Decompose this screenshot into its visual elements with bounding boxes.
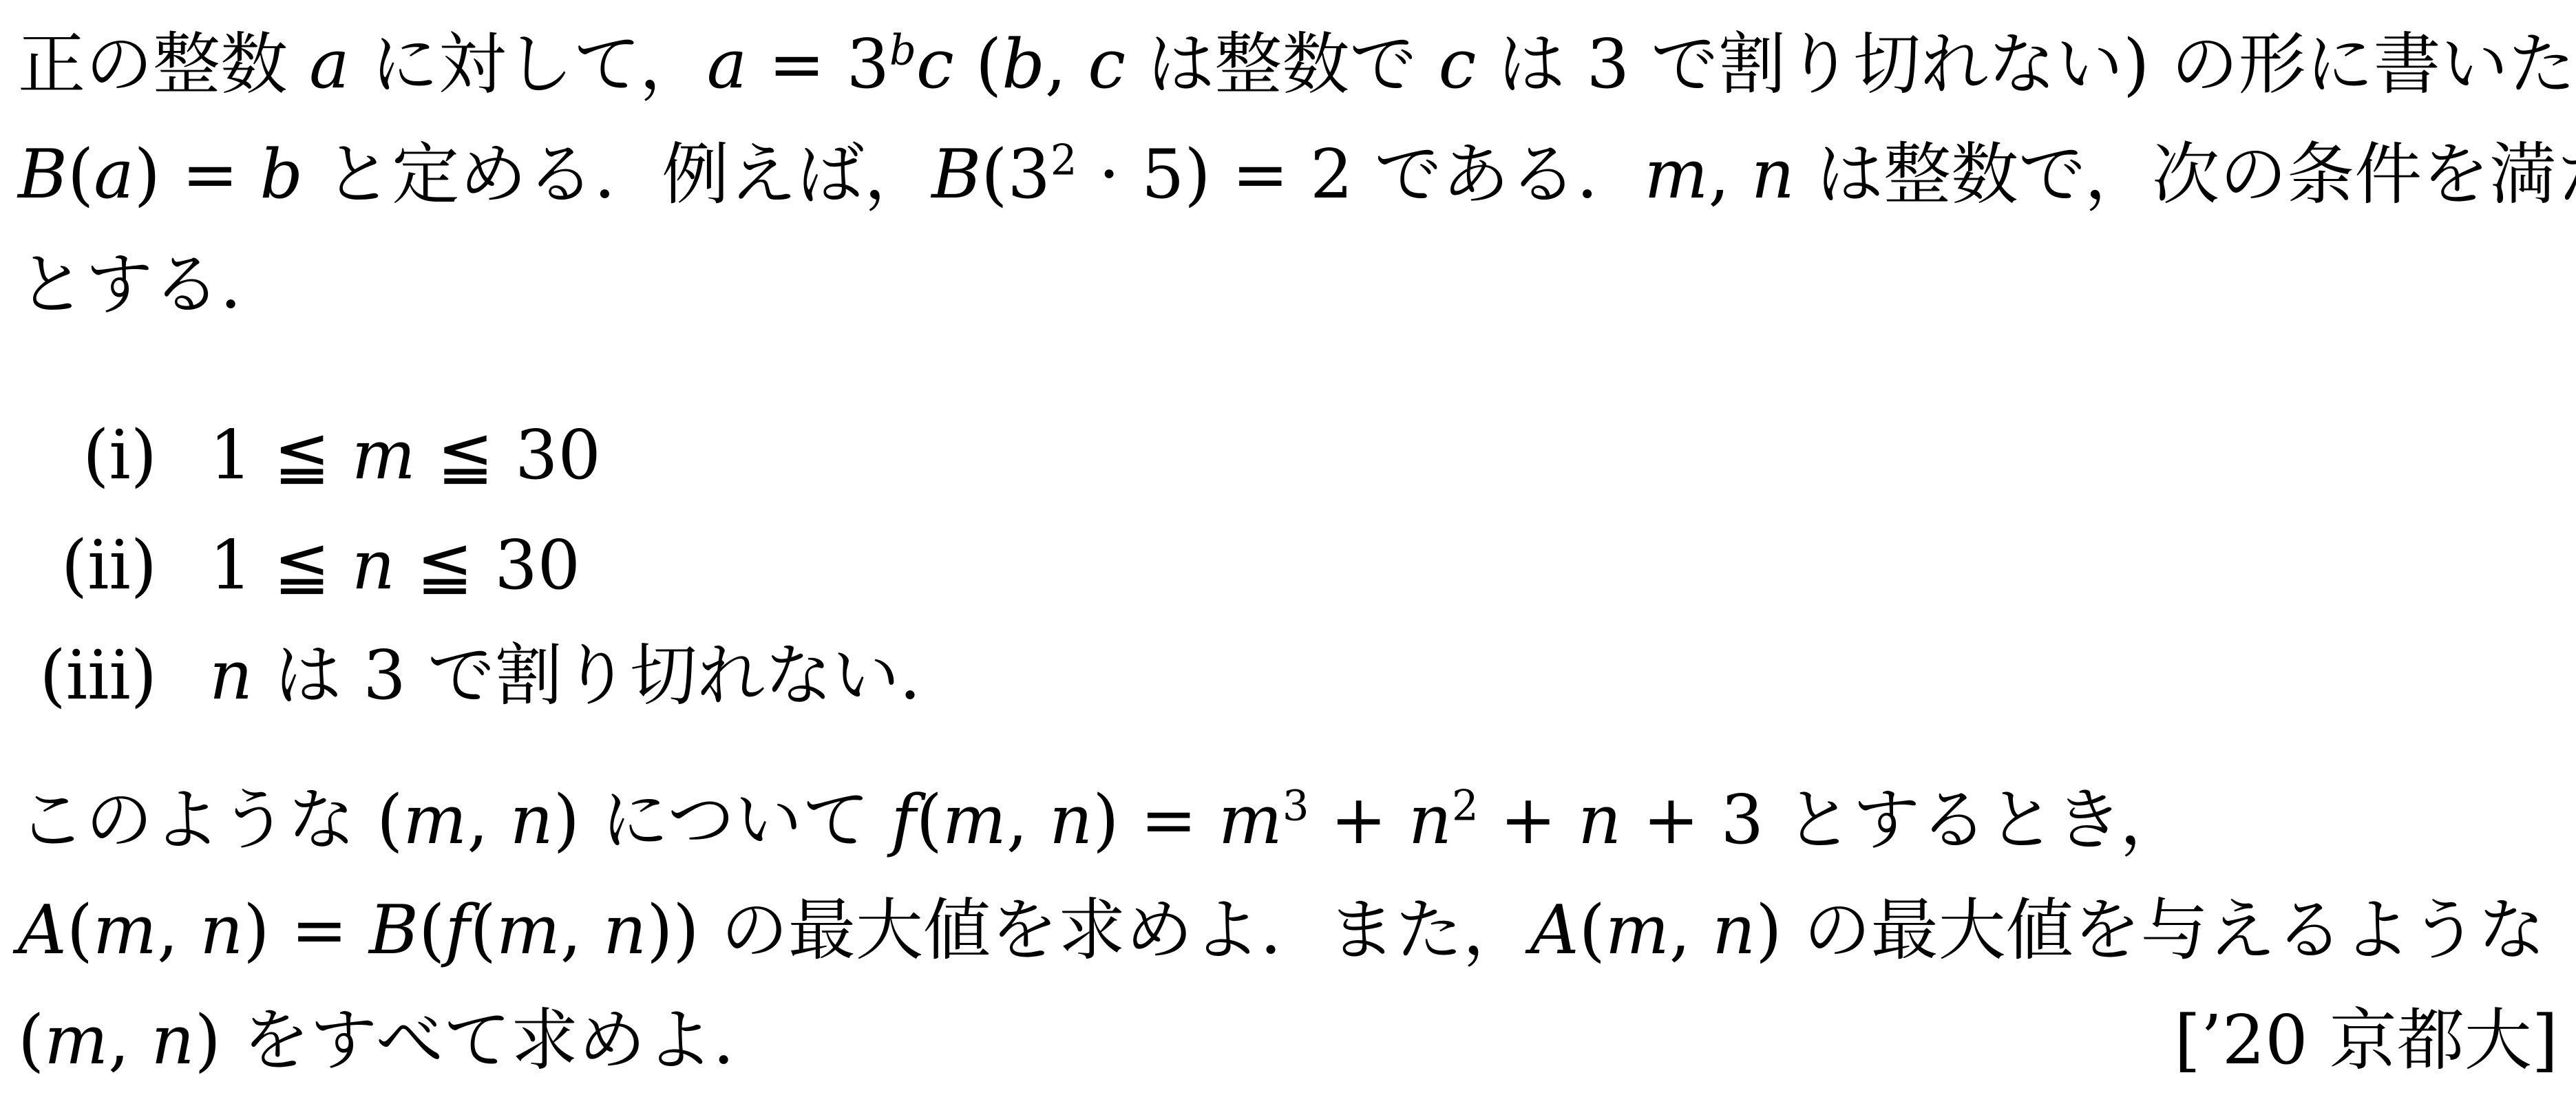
segment-it: B [931, 136, 981, 214]
segment-it: n [352, 527, 395, 605]
segment-sup: 3 [1282, 783, 1309, 831]
segment-rm: ) = [134, 136, 260, 214]
segment-it: B [18, 136, 67, 214]
segment-it: A [1530, 891, 1579, 970]
segment-rm: (3 [981, 136, 1051, 214]
paragraph-intro: 正の整数 a に対して，a = 3bc (b, c は整数で c は 3 で割り… [18, 10, 2558, 340]
segment-rm: ( [1579, 891, 1605, 970]
segment-jp: である． [1375, 136, 1645, 214]
problem-document: 正の整数 a に対して，a = 3bc (b, c は整数で c は 3 で割り… [0, 0, 2576, 1106]
segment-it: c [1088, 25, 1126, 104]
segment-rm: ( [67, 891, 93, 970]
segment-it: B [369, 891, 419, 970]
segment-jp: このような [18, 781, 377, 860]
segment-it: m [496, 891, 560, 970]
segment-it: n [200, 891, 243, 970]
segment-sup: 2 [1452, 783, 1479, 831]
segment-rm: ( [954, 25, 1002, 104]
segment-it: m [1645, 136, 1709, 214]
segment-rm: , [1708, 136, 1751, 214]
question-line-1: このような (m, n) について f(m, n) = m3 + n2 + n … [18, 765, 2558, 875]
segment-rm: )) [646, 891, 721, 970]
condition-body-2: 1 ≦ n ≦ 30 [209, 511, 580, 621]
segment-it: a [309, 25, 349, 104]
segment-it: f [445, 891, 469, 970]
segment-jp: をすべて求めよ． [242, 1001, 781, 1080]
condition-item-3: (iii) n は 3 で割り切れない． [18, 621, 2558, 731]
segment-jp: とする． [18, 246, 288, 324]
intro-line-1: 正の整数 a に対して，a = 3bc (b, c は整数で c は 3 で割り… [18, 10, 2558, 120]
segment-jp: は整数で [1126, 25, 1438, 104]
segment-jp: は 3 で割り切れない． [253, 637, 967, 715]
intro-line-2: B(a) = b と定める．例えば，B(32 · 5) = 2 である．m, n… [18, 120, 2558, 230]
segment-rm: ( [916, 781, 942, 860]
segment-it: c [916, 25, 954, 104]
segment-supit: b [889, 27, 916, 75]
question-line-3: (m, n) をすべて求めよ． [’20 京都大] [18, 986, 2558, 1096]
segment-it: m [1605, 891, 1669, 970]
segment-it: a [707, 25, 747, 104]
segment-it: n [151, 1001, 194, 1080]
segment-sup: 2 [1051, 137, 1077, 185]
segment-it: b [1002, 25, 1045, 104]
segment-rm: ( [419, 891, 445, 970]
segment-rm: ≦ 30 [416, 416, 601, 495]
segment-rm: ) [1755, 891, 1803, 970]
segment-rm: + 3 [1621, 781, 1785, 860]
segment-it: f [891, 781, 916, 860]
segment-rm: , [108, 1001, 151, 1080]
condition-body-1: 1 ≦ m ≦ 30 [209, 401, 601, 511]
paragraph-question: このような (m, n) について f(m, n) = m3 + n2 + n … [18, 765, 2558, 1096]
segment-rm: ( [18, 1001, 44, 1080]
segment-rm: · 5) = 2 [1077, 136, 1375, 214]
segment-it: n [1578, 781, 1621, 860]
condition-label-1: (i) [18, 401, 157, 511]
segment-rm: 1 ≦ [209, 527, 352, 605]
segment-rm: ) = [243, 891, 369, 970]
segment-it: n [1712, 891, 1755, 970]
segment-jp: の最大値を与えるような [1804, 891, 2546, 970]
segment-rm: , [1045, 25, 1088, 104]
segment-it: n [603, 891, 646, 970]
segment-jp: は整数で，次の条件を満たす [1795, 136, 2576, 214]
intro-line-3: とする． [18, 230, 2558, 340]
segment-rm: , [157, 891, 200, 970]
segment-it: n [1751, 136, 1795, 214]
segment-jp: は 3 で割り切れない [1476, 25, 2123, 104]
segment-rm: , [1006, 781, 1049, 860]
segment-jp: の最大値を求めよ．また， [721, 891, 1530, 970]
segment-rm: ) [195, 1001, 242, 1080]
segment-rm: ( [67, 136, 94, 214]
segment-rm: , [1669, 891, 1712, 970]
segment-rm: ( [377, 781, 403, 860]
segment-it: m [44, 1001, 108, 1080]
condition-item-1: (i) 1 ≦ m ≦ 30 [18, 401, 2558, 511]
segment-jp: とするとき， [1785, 781, 2187, 860]
segment-rm: , [467, 781, 509, 860]
segment-rm: 1 ≦ [209, 416, 352, 495]
segment-it: c [1438, 25, 1476, 104]
condition-list: (i) 1 ≦ m ≦ 30 (ii) 1 ≦ n ≦ 30 (iii) n は… [18, 401, 2558, 731]
segment-it: n [510, 781, 553, 860]
segment-jp: と定める．例えば， [303, 136, 931, 214]
segment-rm: = 3 [747, 25, 889, 104]
segment-jp: について [601, 781, 891, 860]
segment-rm: ( [470, 891, 496, 970]
condition-item-2: (ii) 1 ≦ n ≦ 30 [18, 511, 2558, 621]
segment-it: m [352, 416, 416, 495]
condition-label-3: (iii) [18, 621, 157, 731]
question-line-2: A(m, n) = B(f(m, n)) の最大値を求めよ．また，A(m, n)… [18, 875, 2558, 986]
segment-rm: , [560, 891, 603, 970]
segment-rm: + [1479, 781, 1578, 860]
segment-it: n [1049, 781, 1092, 860]
segment-it: n [209, 637, 253, 715]
segment-jp: の形に書いたとき， [2171, 25, 2576, 104]
segment-it: m [1218, 781, 1282, 860]
segment-jp: 正の整数 [18, 25, 309, 104]
source-tag: [’20 京都大] [2175, 986, 2558, 1096]
segment-it: b [260, 136, 303, 214]
segment-it: A [18, 891, 67, 970]
segment-rm: ≦ 30 [395, 527, 580, 605]
segment-rm: ) [2123, 25, 2171, 104]
segment-rm: ) [553, 781, 601, 860]
segment-it: n [1408, 781, 1452, 860]
closing-text: (m, n) をすべて求めよ． [18, 986, 781, 1096]
segment-jp: に対して， [350, 25, 707, 104]
segment-it: m [942, 781, 1006, 860]
condition-body-3: n は 3 で割り切れない． [209, 621, 967, 731]
segment-it: m [403, 781, 467, 860]
segment-it: m [93, 891, 157, 970]
segment-it: a [94, 136, 134, 214]
segment-rm: ) = [1092, 781, 1218, 860]
segment-rm: + [1309, 781, 1408, 860]
condition-label-2: (ii) [18, 511, 157, 621]
